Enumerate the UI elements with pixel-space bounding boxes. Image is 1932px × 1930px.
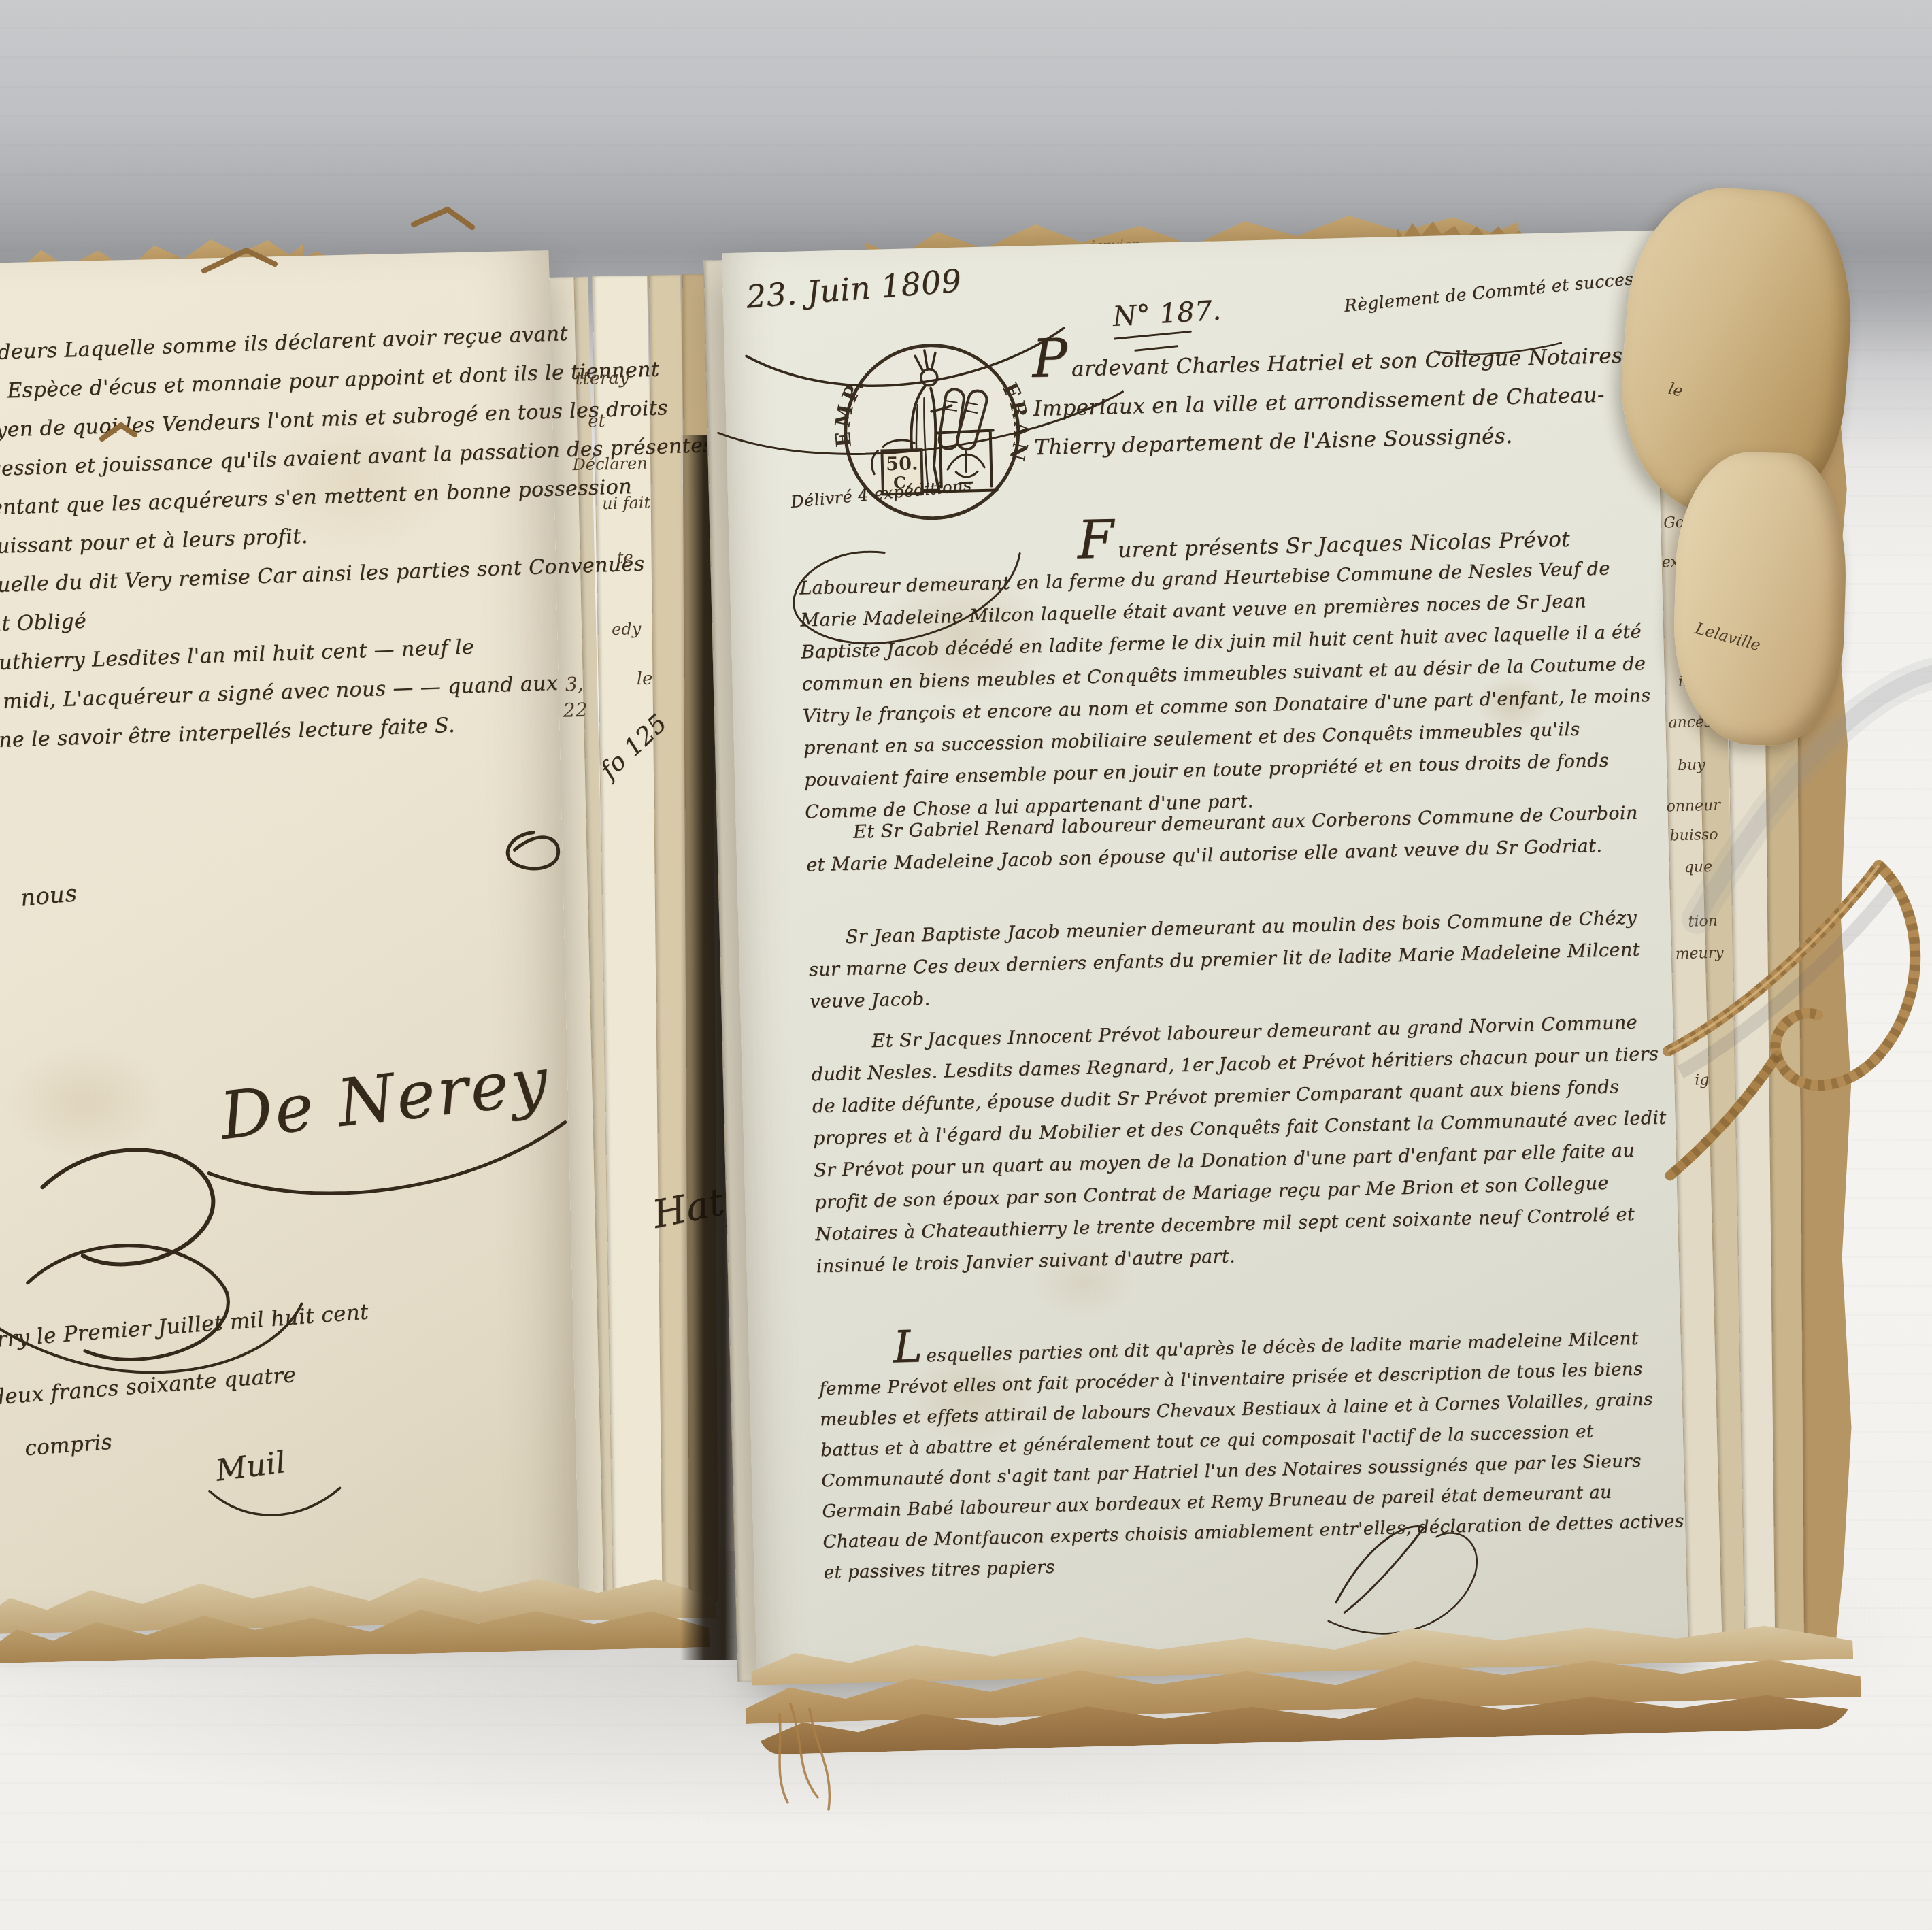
paragraph-prevot: Laboureur demeurant en la ferme du grand…: [799, 552, 1669, 829]
edge-fragment: le: [637, 669, 653, 690]
edge-fragment: tion: [1688, 913, 1718, 931]
edge-fragment: tteray: [575, 367, 629, 389]
edge-fragment: Lelaville: [1693, 620, 1763, 655]
curled-page-corner: Lelaville: [1671, 450, 1849, 748]
edge-fragment: buy: [1678, 756, 1705, 774]
edge-fragment: que: [1684, 859, 1712, 876]
photograph-of-notarial-bundle: { "scene": { "description": "Photograph …: [0, 0, 1932, 1930]
right-document-stack: janvier 23. Juin 1809 N° 187. Règlement …: [703, 226, 1882, 1757]
paragraph-opening: Pardevant Charles Hatriel et son Collegu…: [1032, 326, 1650, 467]
edge-fragment: meury: [1676, 945, 1725, 963]
paragraph-innocent-prevot: Et Sr Jacques Innocent Prévot laboureur …: [810, 1005, 1680, 1282]
edge-fragment: te: [616, 548, 633, 567]
paragraph-lesquelles: Lesquelles parties ont dit qu'après le d…: [818, 1313, 1688, 1588]
edge-fragment: le: [1667, 380, 1685, 401]
edge-fragment: edy: [612, 619, 642, 639]
edge-fragment: onneur: [1666, 797, 1720, 816]
edge-fragment: Déclaren: [572, 454, 648, 474]
edge-fragment: ui fait: [602, 493, 651, 514]
edge-fragment: et: [588, 411, 606, 432]
edge-fragment: 22: [563, 699, 587, 722]
stamp-denomination-50: 50.: [886, 453, 918, 475]
act-number: N° 187.: [1112, 295, 1222, 333]
edge-fragment: 3,: [565, 673, 584, 696]
edge-fragment: buisso: [1669, 827, 1718, 845]
edge-fragment: ig: [1695, 1071, 1710, 1089]
left-page-text-block: francs aux Vendeurs Laquelle somme ils d…: [0, 314, 603, 765]
